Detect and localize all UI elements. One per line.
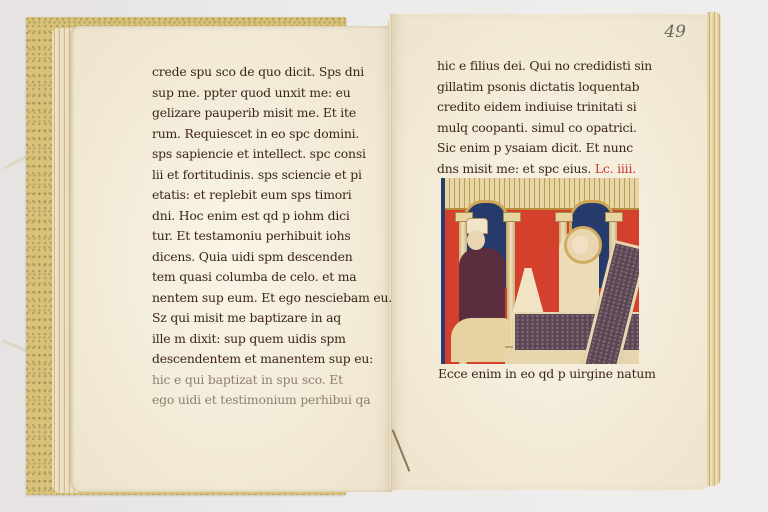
column-capital [503,212,521,222]
bishop-head [467,230,485,250]
text-line: tem quasi columba de celo. et ma [152,267,392,288]
text-line: dicens. Quia uidi spm descenden [152,247,392,268]
text-line: gelizare pauperib misit me. Et ite [152,103,392,124]
text-line: crede spu sco de quo dicit. Sps dni [152,62,392,83]
text-line: ille m dixit: sup quem uidis spm [152,329,392,350]
text-line: sps sapiencie et intellect. spc consi [152,144,392,165]
text-line: mulq coopanti. simul co opatrici. [437,118,652,139]
right-page-stack [707,12,721,486]
text-line: dni. Hoc enim est qd p iohm dici [152,206,392,227]
text-line: credito eidem indiuise trinitati si [437,97,652,118]
text-line: dns misit me: et spc eius. Lc. iiii. [437,159,652,180]
text-line: lii et fortitudinis. sps sciencie et pi [152,165,392,186]
text-line: sup me. ppter quod unxit me: eu [152,83,392,104]
text-line: hic e filius dei. Qui no credidisti sin [437,56,652,77]
bishop-robe [451,318,511,362]
rubric-reference: Lc. iiii. [595,161,636,176]
text-line: descendentem et manentem sup eu: [152,349,392,370]
text-line: Sz qui misit me baptizare in aq [152,308,392,329]
shroud [511,268,545,318]
text-line: gillatim psonis dictatis loquentab [437,77,652,98]
text-line: rum. Requiescet in eo spc domini. [152,124,392,145]
text-line: ego uidi et testimonium perhibui qa [152,390,392,411]
illumination-miniature [441,178,639,364]
folio-number: 49 [664,22,686,42]
saint-face [572,236,588,254]
text-line: etatis: et replebit eum sps timori [152,185,392,206]
column-capital [555,212,573,222]
right-page-text: hic e filius dei. Qui no credidisti sin … [437,56,652,179]
text-line: nentem sup eum. Et ego nesciebam eu. [152,288,392,309]
left-page-text: crede spu sco de quo dicit. Sps dni sup … [152,62,392,411]
text-line: Sic enim p ysaiam dicit. Et nunc [437,138,652,159]
column-capital [605,212,623,222]
text-line-content: dns misit me: et spc eius. [437,161,591,176]
text-line: hic e qui baptizat in spu sco. Et [152,370,392,391]
text-line: tur. Et testamoniu perhibuit iohs [152,226,392,247]
illumination-caption: Ecce enim in eo qd p uirgine natum [438,364,656,385]
